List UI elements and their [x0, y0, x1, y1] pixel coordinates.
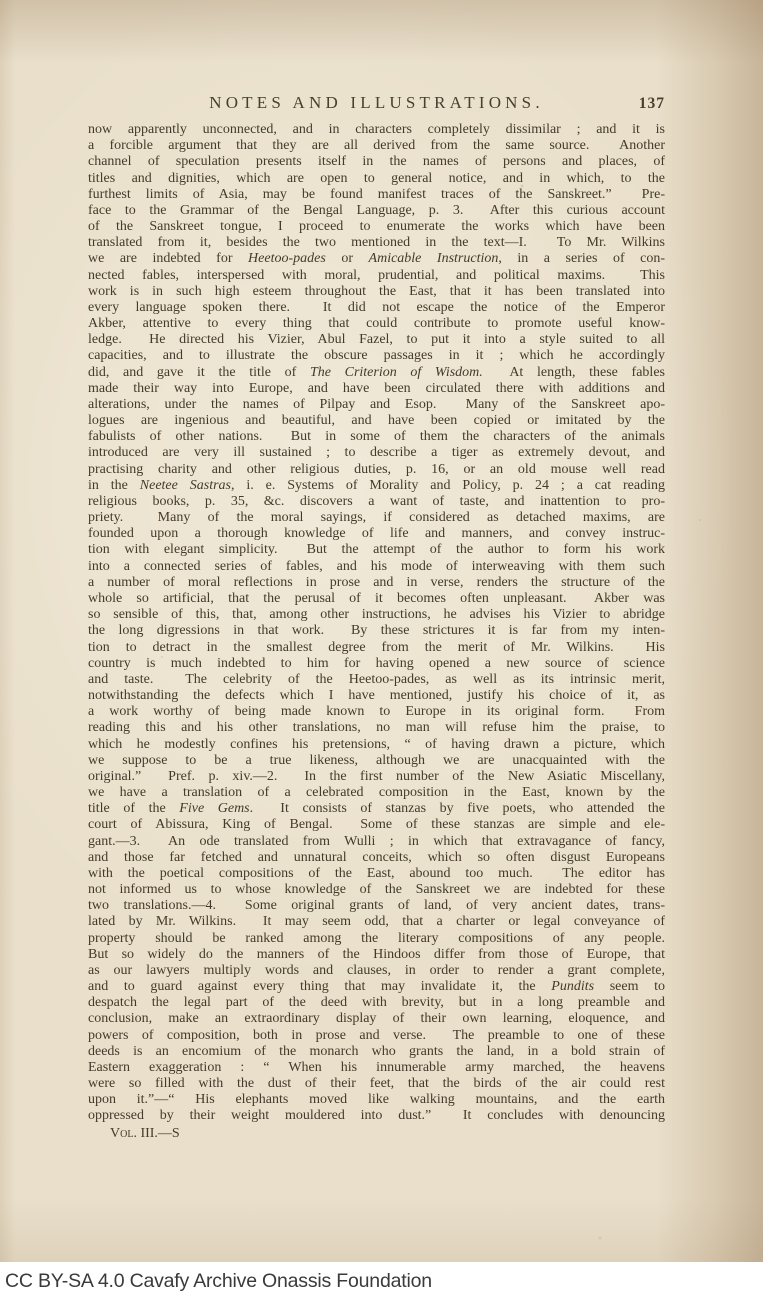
- body-text: now apparently unconnected, and in chara…: [88, 122, 665, 1125]
- text-line: conclusion, make an extraordinary displa…: [88, 1011, 665, 1027]
- text-line: capacities, and to illustrate the obscur…: [88, 348, 665, 364]
- text-line: we have a translation of a celebrated co…: [88, 785, 665, 801]
- text-line: now apparently unconnected, and in chara…: [88, 122, 665, 138]
- text-line: priety. Many of the moral sayings, if co…: [88, 510, 665, 526]
- text-line: court of Abissura, King of Bengal. Some …: [88, 817, 665, 833]
- text-line: tion with elegant simplicity. But the at…: [88, 542, 665, 558]
- text-line: nected fables, interspersed with moral, …: [88, 268, 665, 284]
- text-line: translated from it, besides the two ment…: [88, 235, 665, 251]
- text-line: Akber, attentive to every thing that cou…: [88, 316, 665, 332]
- text-line: religious books, p. 35, &c. discovers a …: [88, 494, 665, 510]
- page-header: NOTES AND ILLUSTRATIONS. 137: [88, 93, 665, 115]
- text-line: deeds is an encomium of the monarch who …: [88, 1044, 665, 1060]
- text-line: introduced are very ill sustained ; to d…: [88, 445, 665, 461]
- text-line: work is in such high esteem throughout t…: [88, 284, 665, 300]
- text-line: upon it.”—“ His elephants moved like wal…: [88, 1092, 665, 1108]
- text-line: channel of speculation presents itself i…: [88, 154, 665, 170]
- text-line: titles and dignities, which are open to …: [88, 171, 665, 187]
- text-line: powers of composition, both in prose and…: [88, 1028, 665, 1044]
- text-line: and taste. The celebrity of the Heetoo-p…: [88, 672, 665, 688]
- text-line: But so widely do the manners of the Hind…: [88, 947, 665, 963]
- text-line: oppressed by their weight mouldered into…: [88, 1108, 665, 1124]
- text-line: in the Neetee Sastras, i. e. Systems of …: [88, 478, 665, 494]
- text-line: title of the Five Gems. It consists of s…: [88, 801, 665, 817]
- text-line: so sensible of this, that, among other i…: [88, 607, 665, 623]
- text-line: every language spoken there. It did not …: [88, 300, 665, 316]
- running-head-title: NOTES AND ILLUSTRATIONS.: [88, 93, 665, 113]
- text-line: gant.—3. An ode translated from Wulli ; …: [88, 834, 665, 850]
- text-line: a work worthy of being made known to Eur…: [88, 704, 665, 720]
- text-line: which he modestly confines his pretensio…: [88, 737, 665, 753]
- text-line: not informed us to whose knowledge of th…: [88, 882, 665, 898]
- text-line: two translations.—4. Some original grant…: [88, 898, 665, 914]
- text-line: of the Sanskreet tongue, I proceed to en…: [88, 219, 665, 235]
- text-line: country is much indebted to him for havi…: [88, 656, 665, 672]
- text-line: made their way into Europe, and have bee…: [88, 381, 665, 397]
- text-line: we are indebted for Heetoo-pades or Amic…: [88, 251, 665, 267]
- text-line: with the poetical compositions of the Ea…: [88, 866, 665, 882]
- text-line: original.” Pref. p. xiv.—2. In the first…: [88, 769, 665, 785]
- text-line: and those far fetched and unnatural conc…: [88, 850, 665, 866]
- text-line: notwithstanding the defects which I have…: [88, 688, 665, 704]
- text-line: founded upon a thorough knowledge of lif…: [88, 526, 665, 542]
- text-line: despatch the legal part of the deed with…: [88, 995, 665, 1011]
- text-line: a forcible argument that they are all de…: [88, 138, 665, 154]
- text-line: logues are ingenious and beautiful, and …: [88, 413, 665, 429]
- text-line: as our lawyers multiply words and clause…: [88, 963, 665, 979]
- text-line: into a connected series of fables, and h…: [88, 559, 665, 575]
- text-line: Eastern exaggeration : “ When his innume…: [88, 1060, 665, 1076]
- text-line: property should be ranked among the lite…: [88, 931, 665, 947]
- text-line: we suppose to be a true likeness, althou…: [88, 753, 665, 769]
- license-text: CC BY-SA 4.0 Cavafy Archive Onassis Foun…: [5, 1270, 432, 1293]
- text-line: fabulists of other nations. But in some …: [88, 429, 665, 445]
- text-line: the long digressions in that work. By th…: [88, 623, 665, 639]
- license-footer: CC BY-SA 4.0 Cavafy Archive Onassis Foun…: [0, 1262, 763, 1300]
- text-line: face to the Grammar of the Bengal Langua…: [88, 203, 665, 219]
- text-line: whole so artificial, that the perusal of…: [88, 591, 665, 607]
- text-line: ledge. He directed his Vizier, Abul Faze…: [88, 332, 665, 348]
- scanned-book-page: NOTES AND ILLUSTRATIONS. 137 now apparen…: [0, 0, 763, 1262]
- page-number: 137: [639, 95, 665, 113]
- text-line: lated by Mr. Wilkins. It may seem odd, t…: [88, 914, 665, 930]
- text-line: practising charity and other religious d…: [88, 462, 665, 478]
- text-line: a number of moral reflections in prose a…: [88, 575, 665, 591]
- text-line: and to guard against every thing that ma…: [88, 979, 665, 995]
- text-line: alterations, under the names of Pilpay a…: [88, 397, 665, 413]
- text-line: tion to detract in the smallest degree f…: [88, 640, 665, 656]
- text-line: reading this and his other translations,…: [88, 720, 665, 736]
- text-line: furthest limits of Asia, may be found ma…: [88, 187, 665, 203]
- signature-line: Vol. III.—S: [110, 1126, 180, 1142]
- text-line: were so filled with the dust of their fe…: [88, 1076, 665, 1092]
- text-line: did, and gave it the title of The Criter…: [88, 365, 665, 381]
